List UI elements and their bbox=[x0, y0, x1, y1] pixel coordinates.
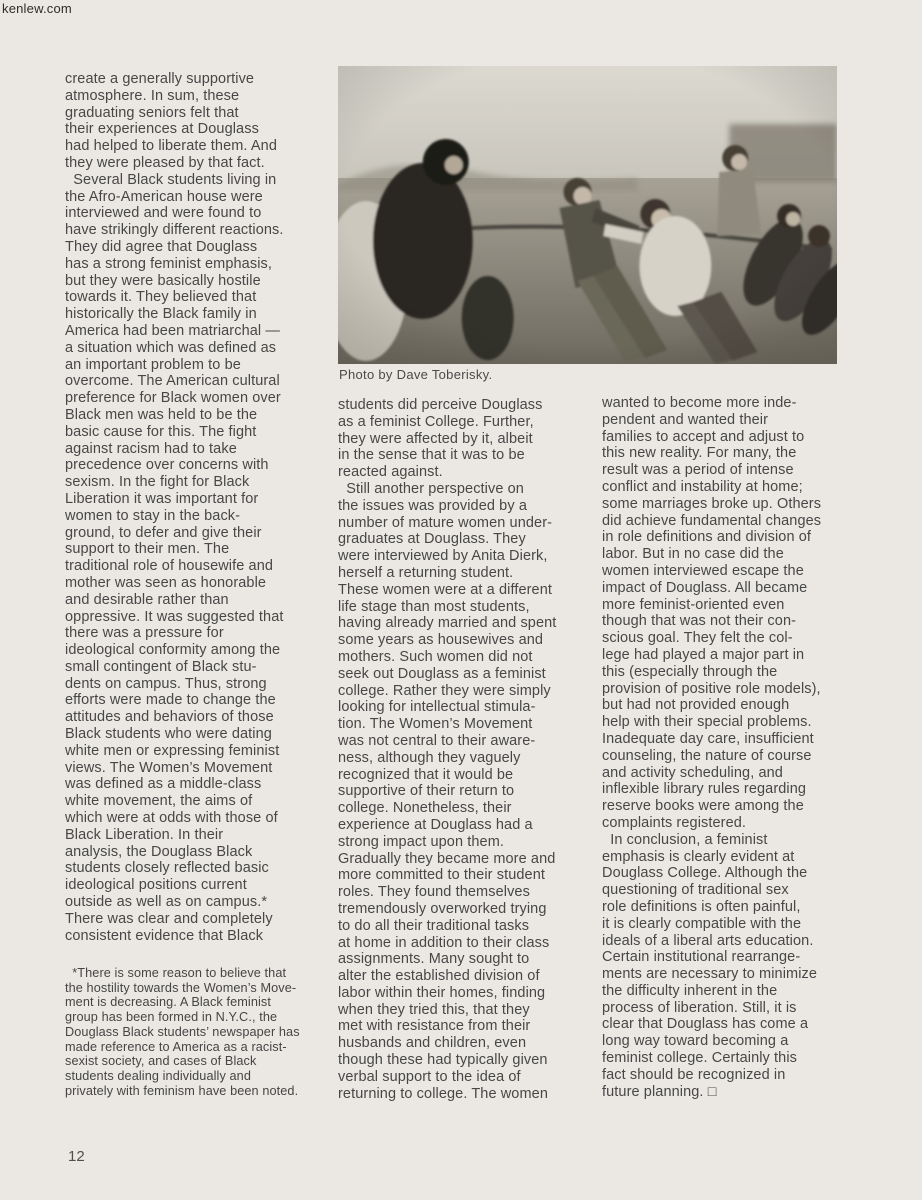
article-column-2: students did perceive Douglass as a femi… bbox=[338, 397, 610, 1102]
article-column-3: wanted to become more inde- pendent and … bbox=[602, 395, 882, 1100]
footnote: *There is some reason to believe that th… bbox=[65, 966, 355, 1098]
page-number: 12 bbox=[68, 1148, 85, 1165]
tug-of-war-photo bbox=[338, 66, 837, 364]
article-column-1: create a generally supportive atmosphere… bbox=[65, 71, 345, 944]
watermark-url: kenlew.com bbox=[2, 1, 72, 16]
tug-of-war-photo-illustration bbox=[338, 66, 837, 364]
photo-credit: Photo by Dave Toberisky. bbox=[339, 367, 492, 382]
